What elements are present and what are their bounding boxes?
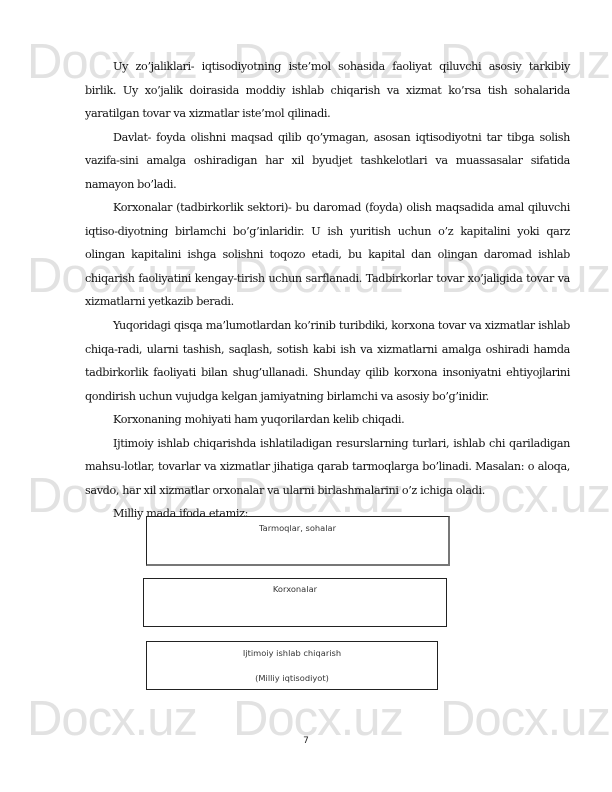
watermark: Docx.uz (233, 695, 403, 744)
watermark: Docx.uz (27, 695, 197, 744)
paragraph-essence: Korxonaning mohiyati ham yuqorilardan ke… (85, 408, 570, 432)
diagram-box-sectors-label: Tarmoqlar, sohalar (147, 523, 448, 533)
paragraph-sectors: Ijtimoiy ishlab chiqarishda ishlatiladig… (85, 432, 570, 503)
document-body: Uy zo’jaliklari- iqtisodiyotning iste’mo… (85, 55, 570, 526)
diagram-box-enterprises-label: Korxonalar (144, 584, 446, 594)
diagram-box-sectors: Tarmoqlar, sohalar (146, 516, 450, 566)
paragraph-state: Davlat- foyda olishni maqsad qilib qo’ym… (85, 126, 570, 197)
diagram-box-national-economy-label: (Milliy iqtisodiyot) (147, 673, 437, 683)
paragraph-household: Uy zo’jaliklari- iqtisodiyotning iste’mo… (85, 55, 570, 126)
diagram-box-social-production: Ijtimoiy ishlab chiqarish (Milliy iqtiso… (146, 641, 438, 690)
diagram-box-social-production-label: Ijtimoiy ishlab chiqarish (147, 648, 437, 658)
diagram-box-enterprises: Korxonalar (143, 578, 447, 627)
watermark: Docx.uz (440, 695, 610, 744)
paragraph-summary: Yuqoridagi qisqa ma’lumotlardan ko’rinib… (85, 314, 570, 408)
paragraph-enterprises: Korxonalar (tadbirkorlik sektori)- bu da… (85, 196, 570, 314)
page-number: 7 (300, 736, 312, 746)
